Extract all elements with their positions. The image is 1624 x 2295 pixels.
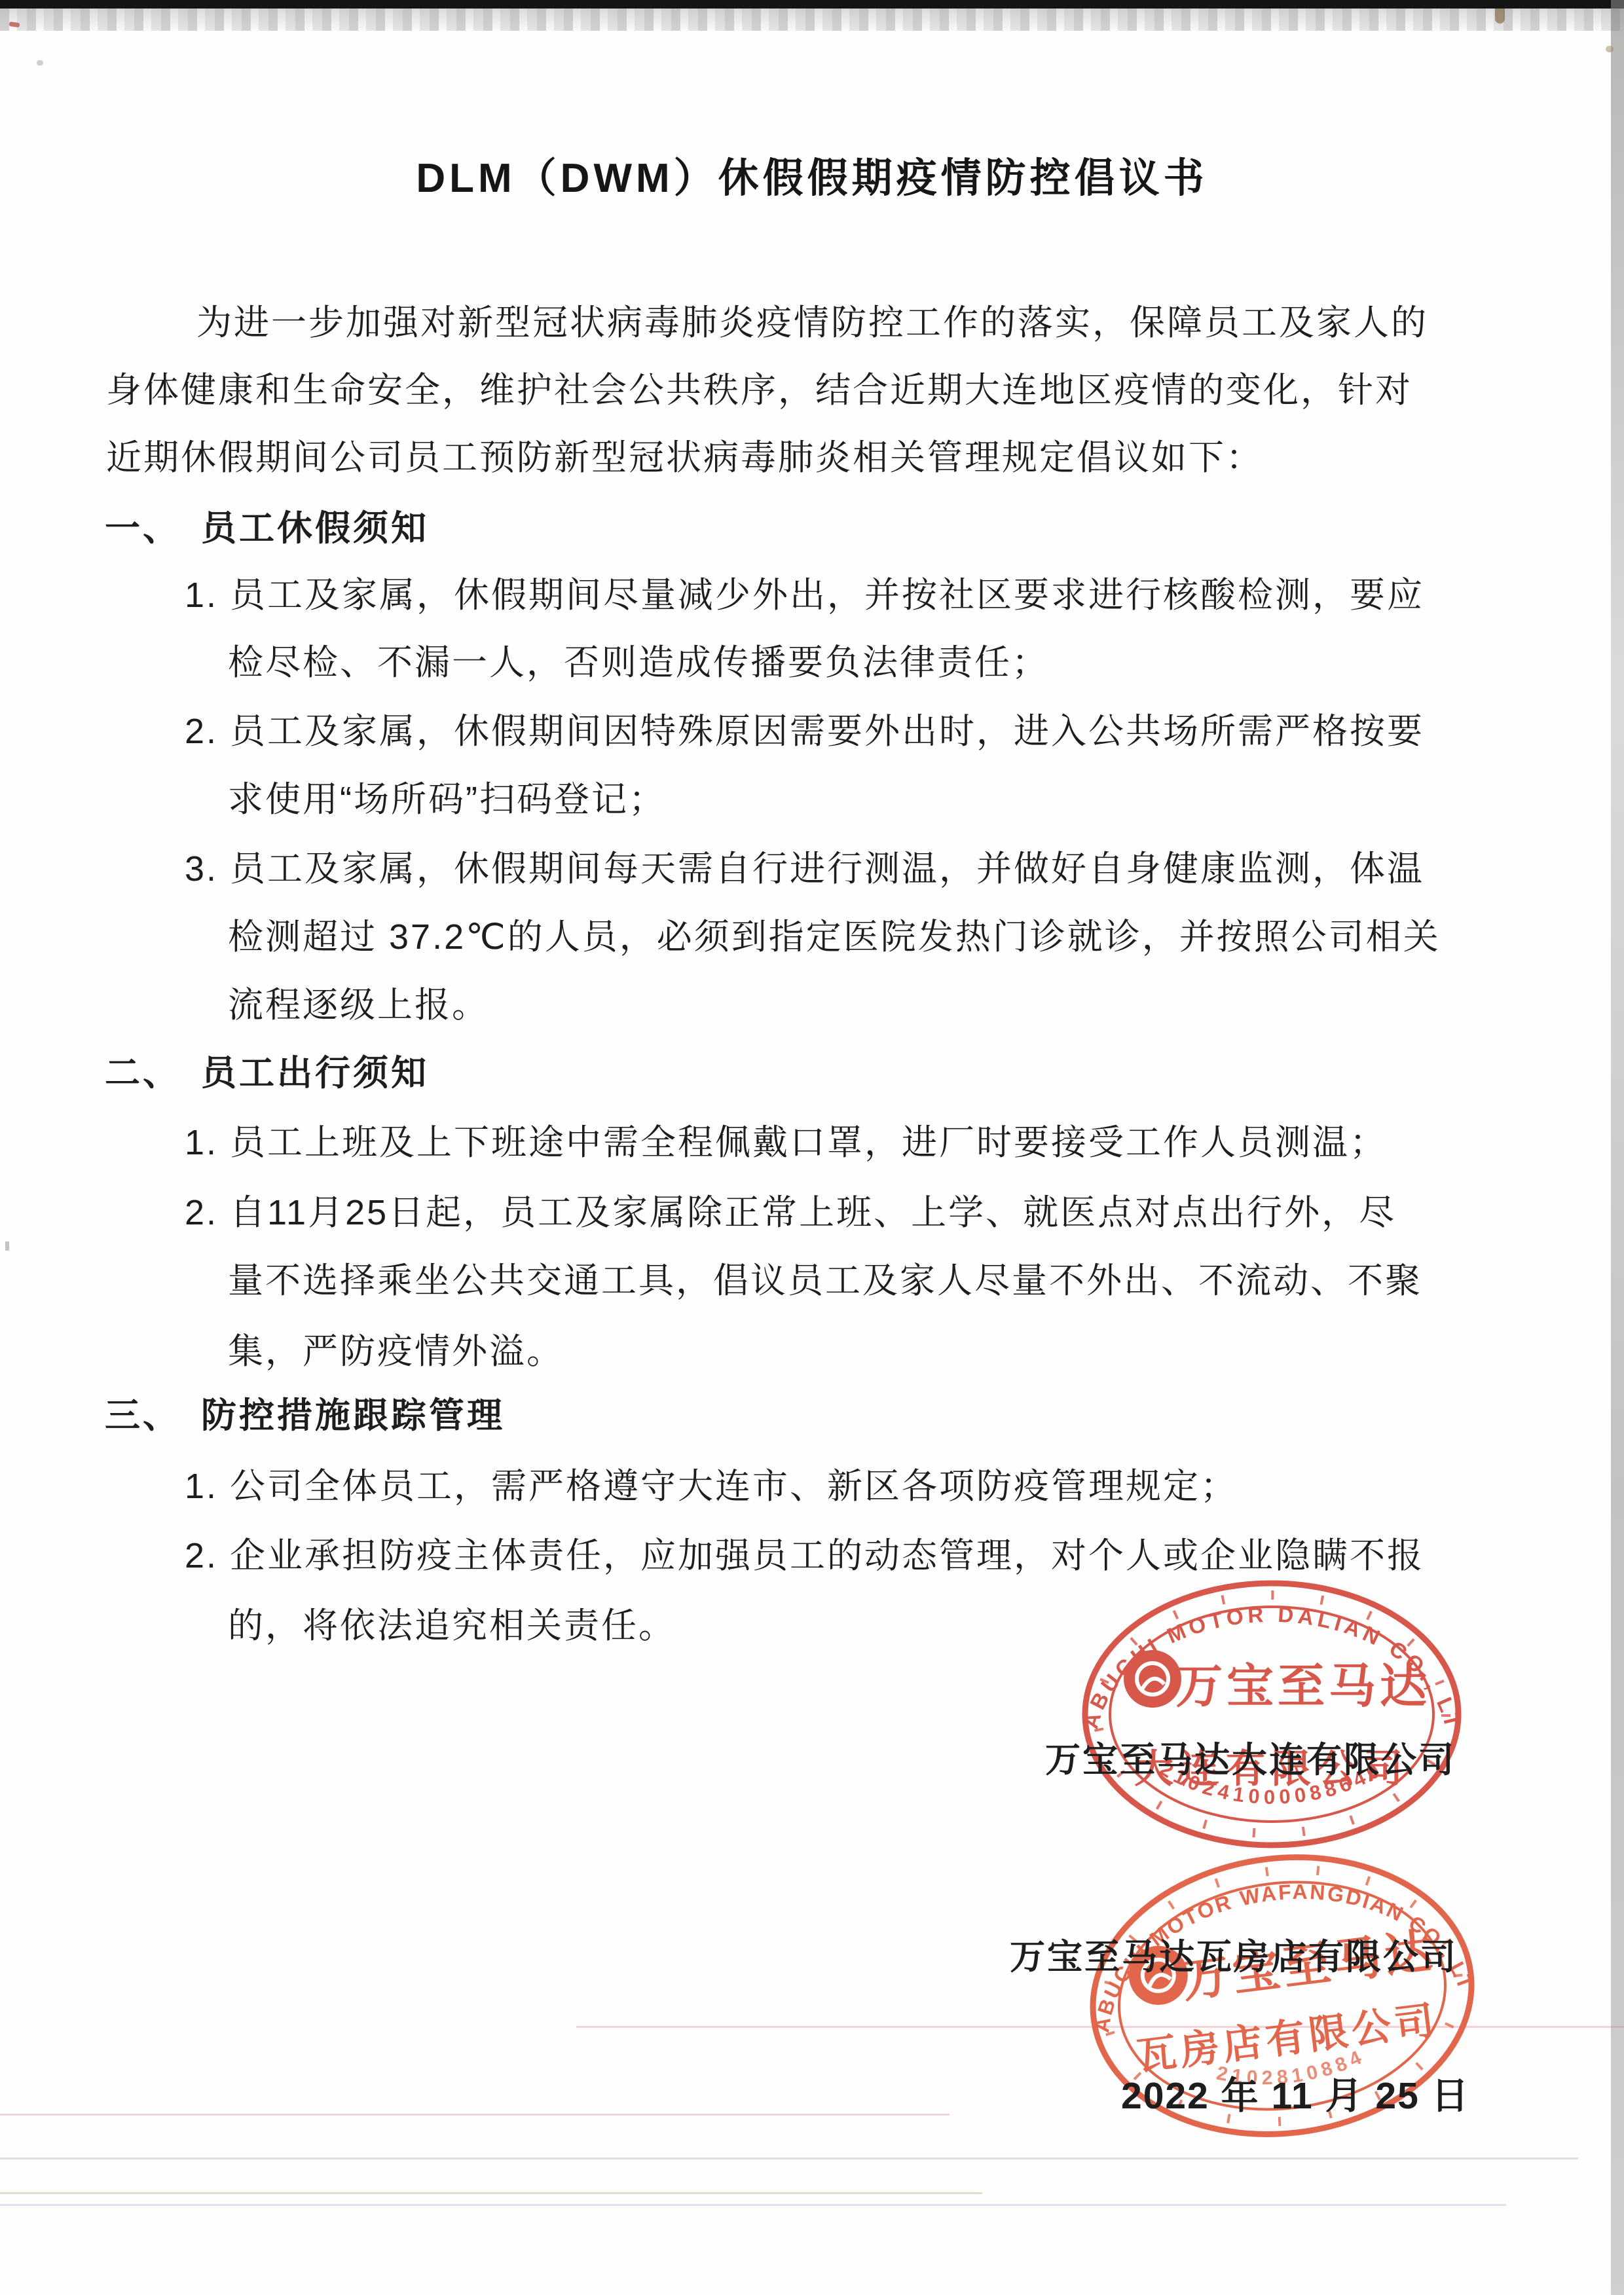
list-item-line: 检测超过 37.2℃的人员，必须到指定医院发热门诊就诊，并按照公司相关 [228,909,1441,959]
scan-streak [0,2114,950,2116]
list-item-line: 检尽检、不漏一人，否则造成传播要负法律责任； [228,634,1049,685]
list-item-line: 的，将依法追究相关责任。 [228,1598,676,1648]
list-item-line: 3. 员工及家属，休假期间每天需自行进行测温，并做好自身健康监测，体温 [185,841,1424,891]
list-item-line: 量不选择乘坐公共交通工具，倡议员工及家人尽量不外出、不流动、不聚 [228,1253,1422,1303]
section-heading: 二、 员工出行须知 [105,1045,429,1095]
scan-streak [0,2204,1506,2206]
section-heading: 一、 员工休假须知 [105,500,429,551]
signature-date: 2022 年 11 月 25 日 [1121,2066,1470,2120]
intro-line: 近期休假期间公司员工预防新型冠状病毒肺炎相关管理规定倡议如下： [106,430,1263,480]
scan-edge-right [1611,0,1624,2295]
list-item-line: 2. 自11月25日起，员工及家属除正常上班、上学、就医点对点出行外，尽 [185,1184,1396,1235]
scan-streak [0,2192,982,2194]
list-item-line: 流程逐级上报。 [228,977,489,1027]
list-item-line: 1. 员工及家属，休假期间尽量减少外出，并按社区要求进行核酸检测，要应 [185,567,1424,617]
list-item-line: 2. 员工及家属，休假期间因特殊原因需要外出时，进入公共场所需严格按要 [185,703,1424,754]
scan-speck [37,60,43,65]
scanned-document-page: DLM（DWM）休假假期疫情防控倡议书 为进一步加强对新型冠状病毒肺炎疫情防控工… [0,0,1624,2295]
list-item-line: 求使用“场所码”扫码登记； [228,771,666,822]
scan-edge-top-fuzz [0,9,1624,31]
mabuchi-logo-icon [1124,1650,1181,1708]
company-signature: 万宝至马达大连有限公司 [1045,1732,1456,1782]
company-signature: 万宝至马达瓦房店有限公司 [1010,1929,1458,1979]
scan-speck [5,1241,9,1251]
scan-streak [0,2157,1578,2159]
section-heading: 三、 防控措施跟踪管理 [105,1387,505,1438]
company-stamp-dalian: MABUCHI MOTOR DALIAN CO., LTD 万宝至马达 大连有限… [1075,1573,1468,1856]
list-item-line: 2. 企业承担防疫主体责任，应加强员工的动态管理，对个人或企业隐瞒不报 [185,1528,1424,1578]
list-item-line: 1. 公司全体员工，需严格遵守大连市、新区各项防疫管理规定； [185,1458,1238,1509]
list-item-line: 1. 员工上班及上下班途中需全程佩戴口罩，进厂时要接受工作人员测温； [185,1114,1387,1165]
intro-line: 身体健康和生命安全，维护社会公共秩序，结合近期大连地区疫情的变化，针对 [106,362,1412,413]
scan-edge-top [0,0,1624,9]
page-title: DLM（DWM）休假假期疫情防控倡议书 [0,145,1624,204]
stamp-center-name: 万宝至马达 [1175,1661,1431,1713]
intro-line: 为进一步加强对新型冠状病毒肺炎疫情防控工作的落实，保障员工及家人的 [196,295,1428,345]
list-item-line: 集，严防疫情外溢。 [228,1323,564,1374]
